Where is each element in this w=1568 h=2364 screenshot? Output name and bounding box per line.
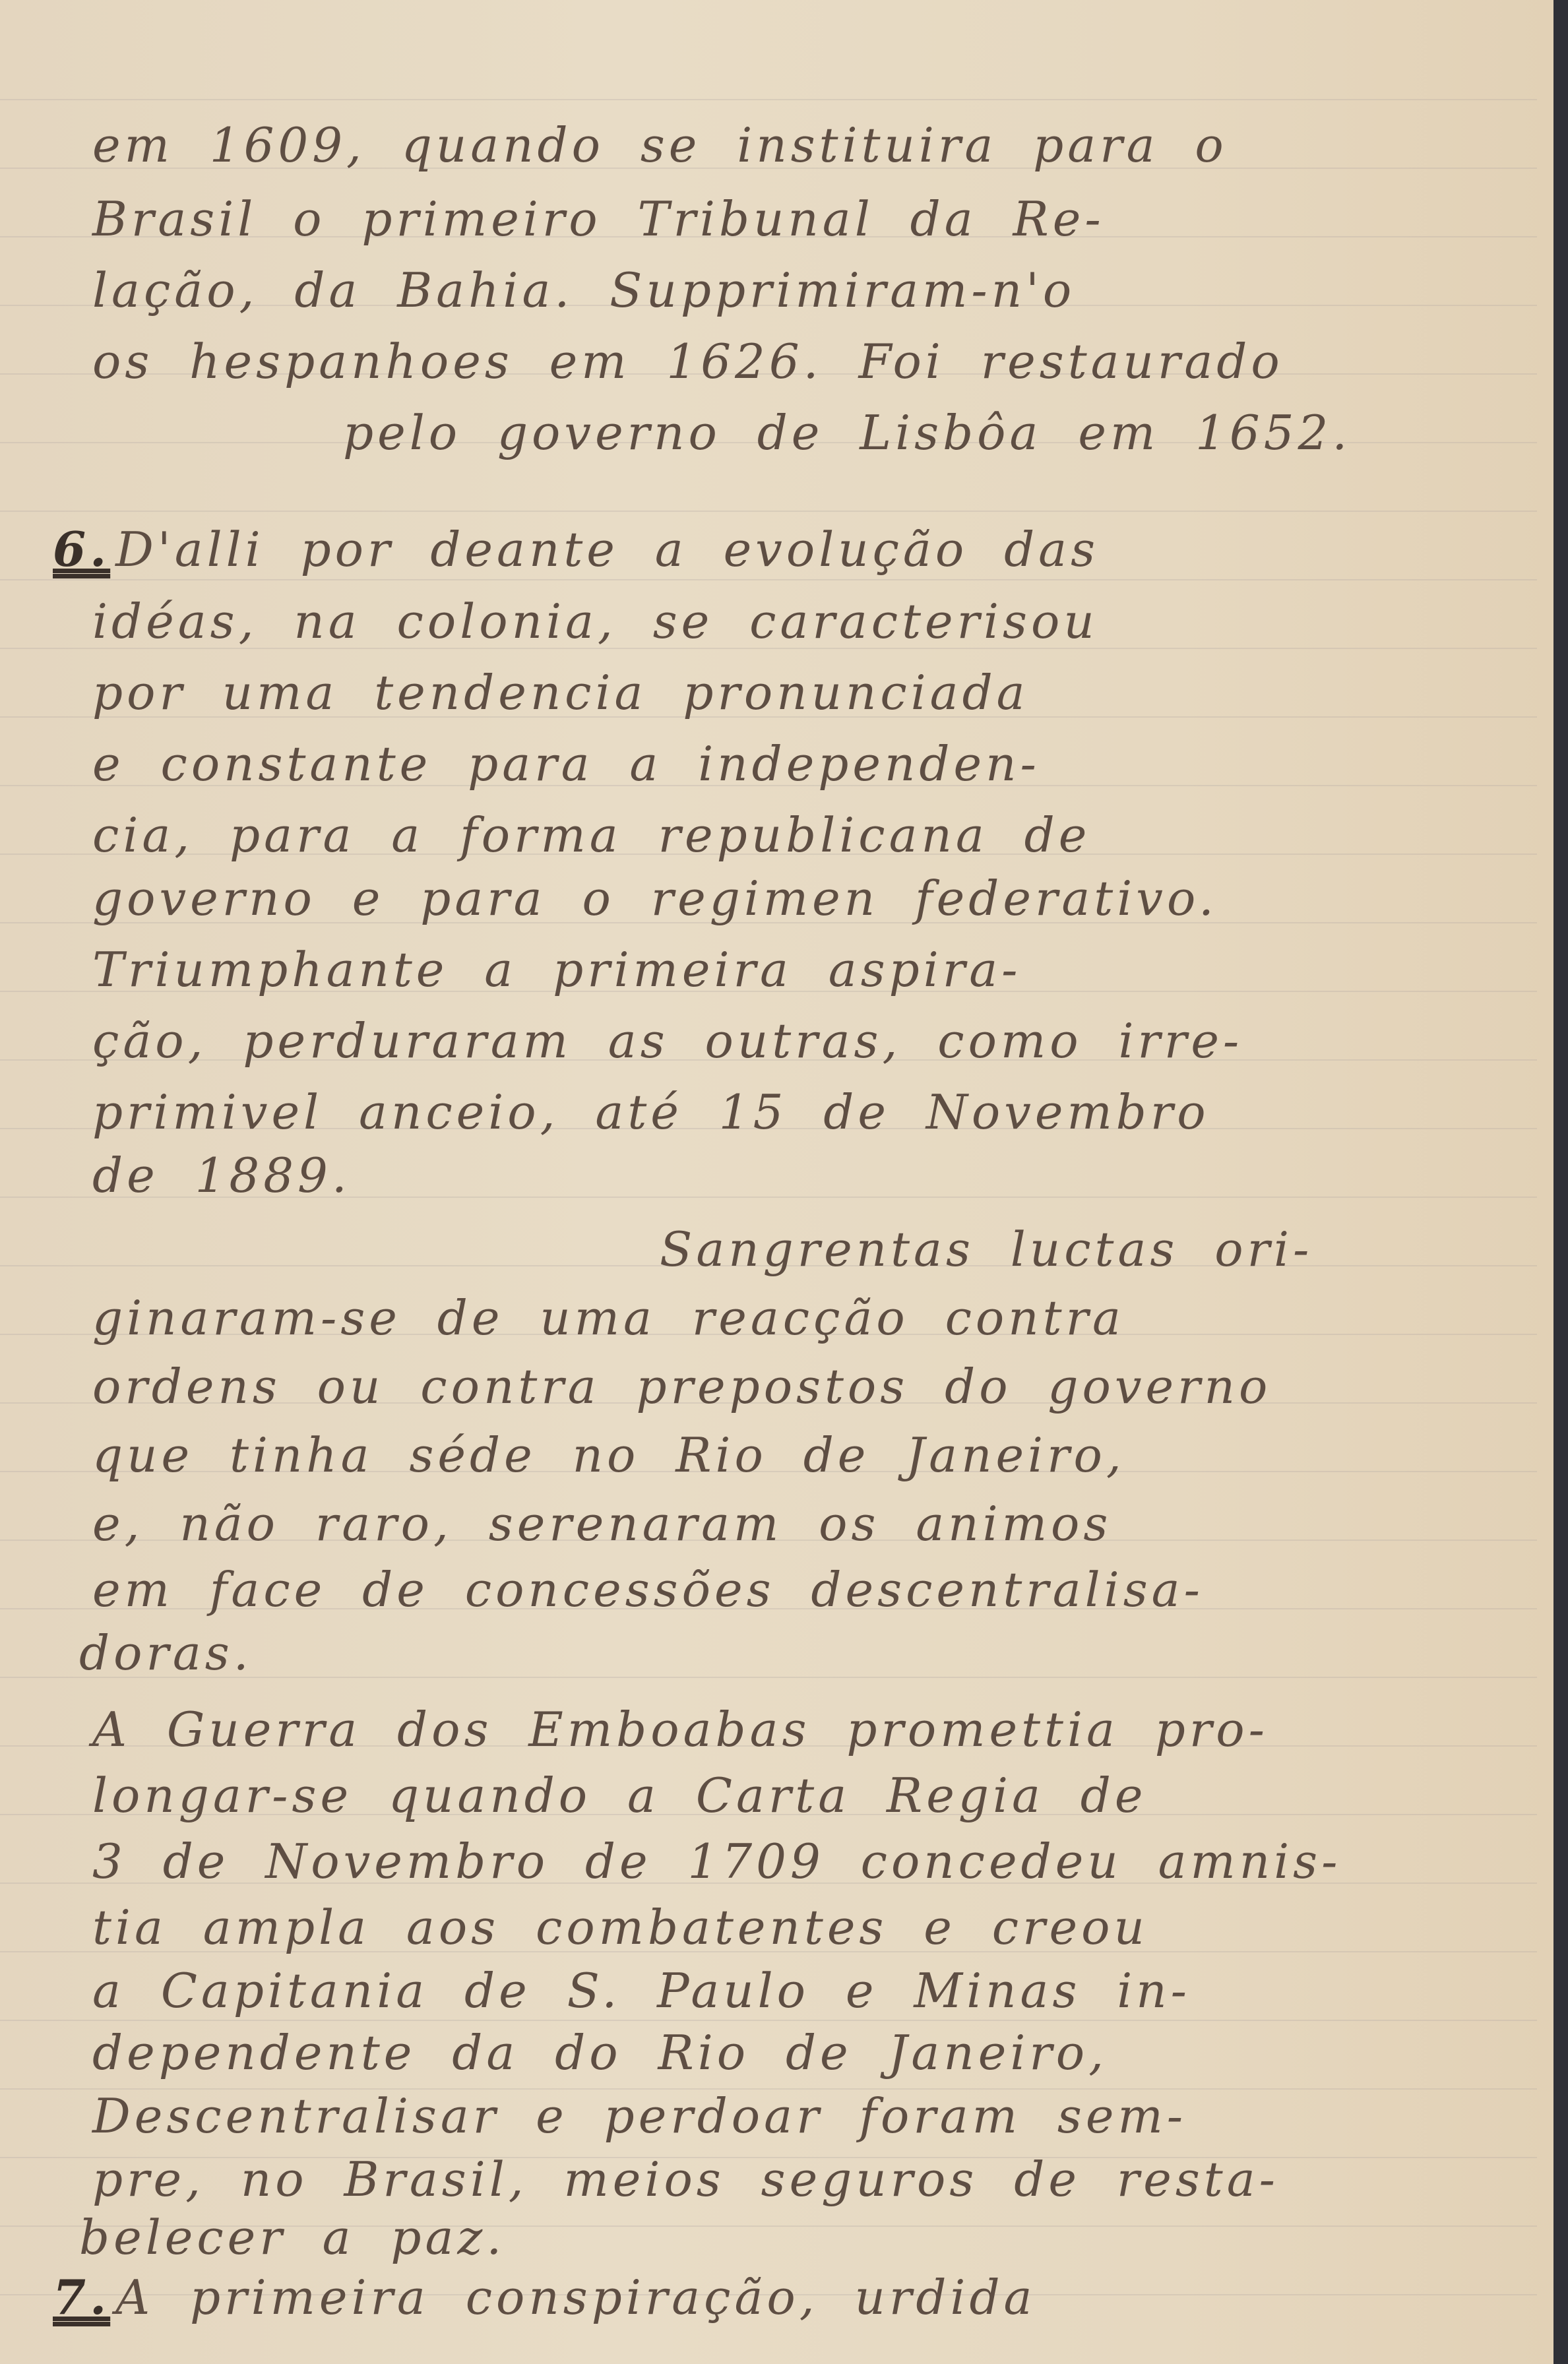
manuscript-line: tia ampla aos combatentes e creou xyxy=(92,1900,1148,1955)
line-text: e, não raro, serenaram os animos xyxy=(92,1496,1112,1551)
manuscript-line: ginaram-se de uma reacção contra xyxy=(92,1290,1125,1346)
line-text: longar-se quando a Carta Regia de xyxy=(92,1768,1146,1823)
line-text: por uma tendencia pronunciada xyxy=(92,665,1029,720)
manuscript-line: ordens ou contra prepostos do governo xyxy=(92,1359,1271,1414)
manuscript-line: 3 de Novembro de 1709 concedeu amnis- xyxy=(92,1834,1341,1889)
line-text: em face de concessões descentralisa- xyxy=(92,1562,1204,1617)
page-edge-shadow xyxy=(1553,0,1568,2364)
manuscript-line: de 1889. xyxy=(92,1148,351,1203)
manuscript-line: dependente da do Rio de Janeiro, xyxy=(92,2025,1108,2080)
ruled-line xyxy=(0,2020,1537,2021)
manuscript-line: Brasil o primeiro Tribunal da Re- xyxy=(92,191,1105,247)
manuscript-line: belecer a paz. xyxy=(79,2210,505,2265)
line-text: Sangrentas luctas ori- xyxy=(660,1222,1313,1277)
line-text: tia ampla aos combatentes e creou xyxy=(92,1900,1148,1955)
manuscript-line: 6.D'alli por deante a evolução das xyxy=(53,521,1099,577)
manuscript-line: e, não raro, serenaram os animos xyxy=(92,1496,1112,1551)
line-text: A Guerra dos Emboabas promettia pro- xyxy=(92,1702,1269,1757)
manuscript-line: doras. xyxy=(79,1625,253,1681)
manuscript-line: Descentralisar e perdoar foram sem- xyxy=(92,2088,1187,2144)
line-text: pelo governo de Lisbôa em 1652. xyxy=(343,405,1351,460)
line-text: idéas, na colonia, se caracterisou xyxy=(92,594,1098,649)
manuscript-line: Triumphante a primeira aspira- xyxy=(92,942,1021,997)
line-text: e constante para a independen- xyxy=(92,736,1040,792)
line-text: belecer a paz. xyxy=(79,2210,505,2265)
line-text: A primeira conspiração, urdida xyxy=(115,2270,1036,2325)
paragraph-number: 7. xyxy=(53,2269,110,2325)
manuscript-line: idéas, na colonia, se caracterisou xyxy=(92,594,1098,649)
line-text: cia, para a forma republicana de xyxy=(92,807,1090,863)
paragraph-number: 6. xyxy=(53,521,110,577)
line-text: em 1609, quando se instituira para o xyxy=(92,117,1228,173)
line-text: Descentralisar e perdoar foram sem- xyxy=(92,2088,1187,2144)
ruled-line xyxy=(0,511,1537,512)
manuscript-line: em face de concessões descentralisa- xyxy=(92,1562,1204,1617)
line-text: que tinha séde no Rio de Janeiro, xyxy=(92,1427,1125,1483)
manuscript-line: pelo governo de Lisbôa em 1652. xyxy=(343,405,1351,460)
manuscript-line: Sangrentas luctas ori- xyxy=(660,1222,1313,1277)
ruled-line xyxy=(0,99,1537,100)
manuscript-line: lação, da Bahia. Supprimiram-n'o xyxy=(92,263,1075,318)
manuscript-line: ção, perduraram as outras, como irre- xyxy=(92,1013,1243,1069)
line-text: os hespanhoes em 1626. Foi restaurado xyxy=(92,334,1284,389)
manuscript-line: cia, para a forma republicana de xyxy=(92,807,1090,863)
manuscript-line: governo e para o regimen federativo. xyxy=(92,871,1218,926)
line-text: doras. xyxy=(79,1625,253,1681)
line-text: de 1889. xyxy=(92,1148,351,1203)
ruled-line xyxy=(0,579,1537,580)
line-text: pre, no Brasil, meios seguros de resta- xyxy=(92,2152,1279,2207)
manuscript-line: os hespanhoes em 1626. Foi restaurado xyxy=(92,334,1284,389)
line-text: ginaram-se de uma reacção contra xyxy=(92,1290,1125,1346)
manuscript-page: em 1609, quando se instituira para oBras… xyxy=(0,0,1553,2364)
line-text: D'alli por deante a evolução das xyxy=(115,522,1099,577)
line-text: governo e para o regimen federativo. xyxy=(92,871,1218,926)
line-text: Triumphante a primeira aspira- xyxy=(92,942,1021,997)
manuscript-line: por uma tendencia pronunciada xyxy=(92,665,1029,720)
manuscript-line: que tinha séde no Rio de Janeiro, xyxy=(92,1427,1125,1483)
manuscript-line: pre, no Brasil, meios seguros de resta- xyxy=(92,2152,1279,2207)
manuscript-line: primivel anceio, até 15 de Novembro xyxy=(92,1084,1210,1140)
line-text: lação, da Bahia. Supprimiram-n'o xyxy=(92,263,1075,318)
manuscript-line: e constante para a independen- xyxy=(92,736,1040,792)
manuscript-line: A Guerra dos Emboabas promettia pro- xyxy=(92,1702,1269,1757)
line-text: a Capitania de S. Paulo e Minas in- xyxy=(92,1963,1191,2018)
manuscript-line: a Capitania de S. Paulo e Minas in- xyxy=(92,1963,1191,2018)
line-text: Brasil o primeiro Tribunal da Re- xyxy=(92,191,1105,247)
line-text: ção, perduraram as outras, como irre- xyxy=(92,1013,1243,1069)
line-text: ordens ou contra prepostos do governo xyxy=(92,1359,1271,1414)
manuscript-line: 7.A primeira conspiração, urdida xyxy=(53,2269,1036,2325)
line-text: dependente da do Rio de Janeiro, xyxy=(92,2025,1108,2080)
manuscript-line: longar-se quando a Carta Regia de xyxy=(92,1768,1146,1823)
line-text: 3 de Novembro de 1709 concedeu amnis- xyxy=(92,1834,1341,1889)
manuscript-line: em 1609, quando se instituira para o xyxy=(92,117,1228,173)
line-text: primivel anceio, até 15 de Novembro xyxy=(92,1084,1210,1140)
